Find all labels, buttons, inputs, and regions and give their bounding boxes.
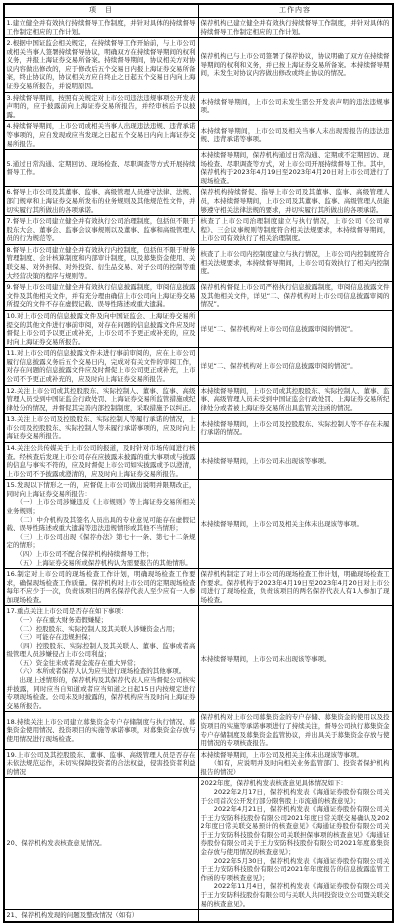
paragraph: 本持续督导期间，上市公司及相关主体未出现该等事项。	[201, 520, 390, 529]
paragraph: （六）本所或者保荐人认为应当进行现场检查的其他事项。	[7, 667, 196, 676]
content-cell: 本持续督导期间，上市公司及相关主体未出现该等事项。	[198, 480, 393, 569]
paragraph: 出现上述情形的，保荐机构及其保荐代表人应当督促公司核实并披露，同时应当自知道或者…	[7, 676, 196, 710]
item-cell: 13.关注上市公司及控股股东、实际控制人等履行承诺的情况，上市公司及控股股东、实…	[4, 414, 199, 443]
table-row: 6.督导上市公司及其董事、监事、高级管理人员遵守法律、法规、部门规章和上海证券交…	[4, 187, 393, 216]
table-row: 1.建立健全并有效执行持续督导工作制度，并针对具体的持续督导工作制定相应的工作计…	[4, 18, 393, 38]
content-cell: 保荐机构持续督促、指导上市公司及其董事、监事、高级管理人员，本持续督导期间，上市…	[198, 187, 393, 216]
paragraph: 保荐机构已建立健全并有效执行持续督导工作制度，并针对具体的持续督导工作制定相应的…	[201, 19, 390, 36]
paragraph: 本持续督导期间，保荐机构通过日常沟通、定期或不定期回访、现场检查、尽职调查等方式…	[201, 151, 390, 185]
table-body: 1.建立健全并有效执行持续督导工作制度，并针对具体的持续督导工作制定相应的工作计…	[4, 18, 393, 922]
paragraph: 本持续督导期间，上市公司及相关主体未出现该等事项。	[201, 751, 390, 760]
paragraph: 本持续督导期间，上市公司或其控股股东、实际控制人、董事、监事、高级管理人员未受到…	[201, 387, 390, 413]
item-cell: 10.对上市公司的信息披露文件及向中国证监会、上海证券交易所提交的其他文件进行事…	[4, 310, 199, 347]
paragraph: 8.督导上市公司建立健全并有效执行内控制度，包括但不限于财务管理制度、会计核算制…	[7, 246, 196, 280]
paragraph: 5.通过日常沟通、定期回访、现场检查、尽职调查等方式开展持续督导工作。	[7, 160, 196, 177]
item-cell: 2.根据中国证监会相关规定，在持续督导工作开始前，与上市公司或相关当事人签署持续…	[4, 38, 199, 92]
paragraph: 12.关注上市公司或其控股股东、实际控制人、董事、监事、高级管理人员受到中国证监…	[7, 387, 196, 413]
table-row: 11.对上市公司的信息披露文件未进行事前审阅的，应在上市公司履行信息披露义务后五…	[4, 348, 393, 385]
content-cell: 保荐机构制定了对上市公司的现场检查工作计划，明确现场检查工作要求。保荐机构于20…	[198, 569, 393, 606]
paragraph: （四）上市公司不配合保荐机构持续督导工作；	[7, 550, 196, 559]
item-cell: 1.建立健全并有效执行持续督导工作制度，并针对具体的持续督导工作制定相应的工作计…	[4, 18, 199, 38]
paragraph: 本持续督导期间，上市公司未发生需公开发表声明的违法违规事项。	[201, 98, 390, 115]
paragraph: 17.重点关注上市公司是否存在如下事项：	[7, 607, 196, 616]
paragraph: 19.上市公司及其控股股东、董事、监事、高级管理人员是否存在未依法规范运作，未切…	[7, 751, 196, 777]
content-cell: 保荐机构已建立健全并有效执行持续督导工作制度，并针对具体的持续督导工作制定相应的…	[198, 18, 393, 38]
table-row: 10.对上市公司的信息披露文件及向中国证监会、上海证券交易所提交的其他文件进行事…	[4, 310, 393, 347]
paragraph: （一）存在重大财务造假嫌疑；	[7, 616, 196, 625]
content-cell: 保荐机构对上市公司募集资金的专户存储、募集资金的使用以及投资项目的实施等承诺事项…	[198, 712, 393, 749]
table-row: 14.关注公共传媒关于上市公司的报道，及时针对市场传闻进行核查。经核查后发现上市…	[4, 443, 393, 480]
content-cell: 保荐机构督促上市公司严格执行信息披露制度，审阅信息披露文件及其他相关文件，详见“…	[198, 282, 393, 311]
table-row: 9.督导上市公司建立健全并有效执行信息披露制度，审阅信息披露文件及其他相关文件，…	[4, 282, 393, 311]
paragraph: （如有，应说明并及时向相关业务监管部门、投资者保护机构报告的情况）	[201, 759, 390, 776]
paragraph: 2022年4月21日，保荐机构发表《海通证券股份有限公司关于王力安防科技股份有限…	[201, 805, 390, 856]
content-cell: 本持续督导期间，保荐机构通过日常沟通、定期或不定期回访、现场检查、尽职调查等方式…	[198, 150, 393, 187]
table-row: 16.制定对上市公司的现场检查工作计划，明确现场检查工作要求，确保现场检查工作质…	[4, 569, 393, 606]
paragraph: （一）上市公司涉嫌违反《上市规则》等上海证券交易所相关业务规则；	[7, 498, 196, 515]
content-cell: 本持续督导期间，上市公司及相关当事人未出现需报告的违法违规、违背承诺等事项。	[198, 121, 393, 150]
paragraph: 4.持续督导期间，上市公司或相关当事人出现违法违规、违背承诺等事项的，应自发现或…	[7, 122, 196, 148]
paragraph: （五）上海证券交易所或保荐机构认为需要报告的其他情形。	[7, 559, 196, 568]
paragraph: 18.持续关注上市公司建立募集资金专户存储制度与执行情况、募集资金使用情况、投资…	[7, 718, 196, 744]
paragraph: （二）中介机构及其签名人员出具的专业意见可能存在虚假记载、误导性陈述或重大遗漏等…	[7, 516, 196, 533]
item-cell: 12.关注上市公司或其控股股东、实际控制人、董事、监事、高级管理人员受到中国证监…	[4, 385, 199, 414]
paragraph: （二）控股股东、实际控制人及其关联人涉嫌资金占用；	[7, 625, 196, 634]
table-row: 15.发现以下情形之一的，应督促上市公司做出说明并限期改正，同时向上海证券交易所…	[4, 480, 393, 569]
paragraph: 核查了上市公司治理制度建立与执行情况，上市公司《公司章程》、三会议事规则等制度符…	[201, 217, 390, 243]
item-cell: 14.关注公共传媒关于上市公司的报道，及时针对市场传闻进行核查。经核查后发现上市…	[4, 443, 199, 480]
content-cell: 本持续督导期间，上市公司及相关主体未出现该等事项。 （如有，应说明并及时向相关业…	[198, 749, 393, 778]
supervision-work-table: 项 目 工作内容 1.建立健全并有效执行持续督导工作制度，并针对具体的持续督导工…	[3, 3, 394, 923]
paragraph: 21、保荐机构发现的问题及整改情况（如有）	[7, 911, 196, 920]
item-cell: 20、保荐机构发表核查意见情况。	[4, 778, 199, 910]
col-header-content: 工作内容	[198, 4, 393, 18]
content-cell: 详见“二、保荐机构对上市公司信息披露审阅的情况”。	[198, 310, 393, 347]
content-cell: 核查了上市公司内控制度建立与执行情况，上市公司内控制度符合相关法规要求，本持续督…	[198, 244, 393, 281]
table-row: 18.持续关注上市公司建立募集资金专户存储制度与执行情况、募集资金使用情况、投资…	[4, 712, 393, 749]
table-row: 21、保荐机构发现的问题及整改情况（如有）	[4, 910, 393, 922]
content-cell: 本持续督导期间，上市公司未出现该等事项。	[198, 606, 393, 712]
paragraph: 20、保荐机构发表核查意见情况。	[7, 839, 196, 848]
paragraph: 保荐机构督促上市公司严格执行信息披露制度，审阅信息披露文件及其他相关文件，详见“…	[201, 283, 390, 309]
item-cell: 8.督导上市公司建立健全并有效执行内控制度，包括但不限于财务管理制度、会计核算制…	[4, 244, 199, 281]
paragraph: 3.持续督导期间，按照有关规定对上市公司违法违规事项公开发表声明的，应于披露前向…	[7, 94, 196, 120]
paragraph: 保荐机构已与上市公司签署了保荐协议，协议明确了双方在持续督导期间的权利和义务，并…	[201, 52, 390, 78]
header-row: 项 目 工作内容	[4, 4, 393, 18]
paragraph: 14.关注公共传媒关于上市公司的报道，及时针对市场传闻进行核查。经核查后发现上市…	[7, 444, 196, 478]
table-row: 5.通过日常沟通、定期回访、现场检查、尽职调查等方式开展持续督导工作。本持续督导…	[4, 150, 393, 187]
table-row: 13.关注上市公司及控股股东、实际控制人等履行承诺的情况，上市公司及控股股东、实…	[4, 414, 393, 443]
paragraph: 2022年2月17日，保荐机构发表《海通证券股份有限公司关于公司首次公开发行部分…	[201, 788, 390, 805]
table-row: 3.持续督导期间，按照有关规定对上市公司违法违规事项公开发表声明的，应于披露前向…	[4, 92, 393, 121]
paragraph: （三）可能存在违规担保；	[7, 633, 196, 642]
content-cell: 详见“二、保荐机构对上市公司信息披露审阅的情况”。	[198, 348, 393, 385]
paragraph: 保荐机构持续督促、指导上市公司及其董事、监事、高级管理人员，本持续督导期间，上市…	[201, 188, 390, 214]
paragraph: 本持续督导期间，上市公司及控股股东、实际控制人等不存在未履行承诺的情况。	[201, 420, 390, 437]
paragraph: 本持续督导期间，上市公司未出现该等事项。	[201, 655, 390, 664]
item-cell: 7.督导上市公司建立健全并有效执行公司治理制度，包括但不限于股东大会、董事会、监…	[4, 216, 199, 245]
paragraph: 保荐机构制定了对上市公司的现场检查工作计划，明确现场检查工作要求。保荐机构于20…	[201, 570, 390, 604]
paragraph: 本持续督导期间，上市公司及相关当事人未出现需报告的违法违规、违背承诺等事项。	[201, 127, 390, 144]
item-cell: 21、保荐机构发现的问题及整改情况（如有）	[4, 910, 199, 922]
item-cell: 16.制定对上市公司的现场检查工作计划，明确现场检查工作要求，确保现场检查工作质…	[4, 569, 199, 606]
paragraph: 详见“二、保荐机构对上市公司信息披露审阅的情况”。	[201, 362, 390, 371]
content-cell: 本持续督导期间，上市公司未发生需公开发表声明的违法违规事项。	[198, 92, 393, 121]
item-cell: 5.通过日常沟通、定期回访、现场检查、尽职调查等方式开展持续督导工作。	[4, 150, 199, 187]
item-cell: 15.发现以下情形之一的，应督促上市公司做出说明并限期改正，同时向上海证券交易所…	[4, 480, 199, 569]
paragraph: 13.关注上市公司及控股股东、实际控制人等履行承诺的情况，上市公司及控股股东、实…	[7, 415, 196, 441]
paragraph: 本持续督导期间，上市公司未出现该等事项。	[201, 457, 390, 466]
table-row: 8.督导上市公司建立健全并有效执行内控制度，包括但不限于财务管理制度、会计核算制…	[4, 244, 393, 281]
item-cell: 9.督导上市公司建立健全并有效执行信息披露制度，审阅信息披露文件及其他相关文件，…	[4, 282, 199, 311]
paragraph: 2.根据中国证监会相关规定，在持续督导工作开始前，与上市公司或相关当事人签署持续…	[7, 39, 196, 90]
paragraph: 7.督导上市公司建立健全并有效执行公司治理制度，包括但不限于股东大会、董事会、监…	[7, 217, 196, 243]
item-cell: 6.督导上市公司及其董事、监事、高级管理人员遵守法律、法规、部门规章和上海证券交…	[4, 187, 199, 216]
paragraph: 详见“二、保荐机构对上市公司信息披露审阅的情况”。	[201, 325, 390, 334]
table-row: 19.上市公司及其控股股东、董事、监事、高级管理人员是否存在未依法规范运作，未切…	[4, 749, 393, 778]
table-row: 7.督导上市公司建立健全并有效执行公司治理制度，包括但不限于股东大会、董事会、监…	[4, 216, 393, 245]
col-header-item: 项 目	[4, 4, 199, 18]
paragraph: 10.对上市公司的信息披露文件及向中国证监会、上海证券交易所提交的其他文件进行事…	[7, 312, 196, 346]
table-row: 17.重点关注上市公司是否存在如下事项： （一）存在重大财务造假嫌疑； （二）控…	[4, 606, 393, 712]
content-cell: 本持续督导期间，上市公司未出现该等事项。	[198, 443, 393, 480]
content-cell: 2022年度，保荐机构发表核查意见具体情况如下： 2022年2月17日，保荐机构…	[198, 778, 393, 910]
content-cell	[198, 910, 393, 922]
table-row: 2.根据中国证监会相关规定，在持续督导工作开始前，与上市公司或相关当事人签署持续…	[4, 38, 393, 92]
item-cell: 4.持续督导期间，上市公司或相关当事人出现违法违规、违背承诺等事项的，应自发现或…	[4, 121, 199, 150]
content-cell: 保荐机构已与上市公司签署了保荐协议，协议明确了双方在持续督导期间的权利和义务，并…	[198, 38, 393, 92]
paragraph: 16.制定对上市公司的现场检查工作计划，明确现场检查工作要求，确保现场检查工作质…	[7, 570, 196, 604]
paragraph: 2022年5月30日，保荐机构发表《海通证券股份有限公司关于王力安防科技股份有限…	[201, 857, 390, 883]
paragraph: 6.督导上市公司及其董事、监事、高级管理人员遵守法律、法规、部门规章和上海证券交…	[7, 188, 196, 214]
item-cell: 11.对上市公司的信息披露文件未进行事前审阅的，应在上市公司履行信息披露义务后五…	[4, 348, 199, 385]
paragraph: 保荐机构对上市公司募集资金的专户存储、募集资金的使用以及投资项目的实施等承诺事项…	[201, 713, 390, 747]
content-cell: 核查了上市公司治理制度建立与执行情况，上市公司《公司章程》、三会议事规则等制度符…	[198, 216, 393, 245]
paragraph: （四）控股股东、实际控制人及其关联人、董事、监事或者高级管理人员涉嫌侵占上市公司…	[7, 642, 196, 659]
content-cell: 本持续督导期间，上市公司及控股股东、实际控制人等不存在未履行承诺的情况。	[198, 414, 393, 443]
paragraph: 1.建立健全并有效执行持续督导工作制度，并针对具体的持续督导工作制定相应的工作计…	[7, 19, 196, 36]
content-cell: 本持续督导期间，上市公司或其控股股东、实际控制人、董事、监事、高级管理人员未受到…	[198, 385, 393, 414]
paragraph: 9.督导上市公司建立健全并有效执行信息披露制度，审阅信息披露文件及其他相关文件，…	[7, 283, 196, 309]
paragraph: 核查了上市公司内控制度建立与执行情况，上市公司内控制度符合相关法规要求，本持续督…	[201, 250, 390, 276]
paragraph: 2022年度，保荐机构发表核查意见具体情况如下：	[201, 779, 390, 788]
item-cell: 17.重点关注上市公司是否存在如下事项： （一）存在重大财务造假嫌疑； （二）控…	[4, 606, 199, 712]
paragraph: 2022年11月4日，保荐机构发表《海通证券股份有限公司关于王力安防科技股份有限…	[201, 882, 390, 908]
item-cell: 19.上市公司及其控股股东、董事、监事、高级管理人员是否存在未依法规范运作，未切…	[4, 749, 199, 778]
paragraph: （三）上市公司出现《保荐办法》第七十一条、第七十二条规定的情形；	[7, 533, 196, 550]
paragraph: 15.发现以下情形之一的，应督促上市公司做出说明并限期改正，同时向上海证券交易所…	[7, 481, 196, 498]
item-cell: 3.持续督导期间，按照有关规定对上市公司违法违规事项公开发表声明的，应于披露前向…	[4, 92, 199, 121]
item-cell: 18.持续关注上市公司建立募集资金专户存储制度与执行情况、募集资金使用情况、投资…	[4, 712, 199, 749]
table-row: 4.持续督导期间，上市公司或相关当事人出现违法违规、违背承诺等事项的，应自发现或…	[4, 121, 393, 150]
paragraph: 11.对上市公司的信息披露文件未进行事前审阅的，应在上市公司履行信息披露义务后五…	[7, 349, 196, 383]
table-row: 12.关注上市公司或其控股股东、实际控制人、董事、监事、高级管理人员受到中国证监…	[4, 385, 393, 414]
